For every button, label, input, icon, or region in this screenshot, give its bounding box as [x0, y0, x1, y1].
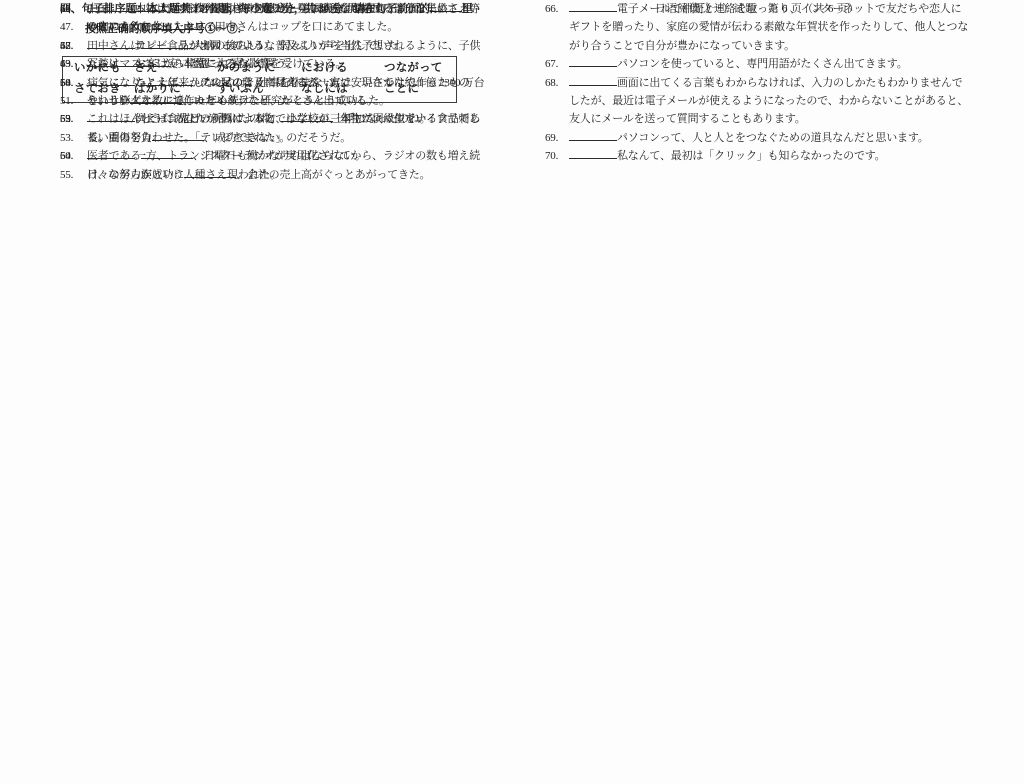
question-62: 62.コピー食品が出回っている。 — [60, 37, 488, 55]
answer-blank — [87, 147, 135, 159]
question-text: パソコンって、人と人とをつなぐための道具なんだと思います。 — [617, 132, 929, 144]
answer-blank — [569, 74, 617, 86]
page-6-footer: 日语阅读（一）试题 第 6 页（共 6 页） — [545, 0, 969, 16]
answer-blank — [87, 110, 135, 122]
question-number: 67. — [545, 55, 569, 73]
question-number: 65. — [60, 110, 87, 128]
answer-blank — [87, 74, 135, 86]
question-number: 69. — [545, 129, 569, 147]
question-69: 69.パソコンって、人と人とをつなぐための道具なんだと思います。 — [545, 129, 969, 147]
page-5-footer: 日语阅读（一）试题 第 5 页（共 6 页） — [75, 0, 503, 16]
question-text: パソコンを使っていると、専門用語がたくさん出てきます。 — [617, 58, 908, 70]
answer-blank — [87, 37, 135, 49]
scanned-exam-paper: いかにもさえかのようににおけるつながってさておきばかりにずいぶんなしにはことに … — [0, 0, 1024, 784]
question-text: 画面に出てくる言葉もわからなければ、入力のしかたもわかりませんでしたが、最近は電… — [569, 77, 968, 126]
question-60: 60.一方、トランジスターラジオが実用化されてから、ラジオの数も増え続け、ながら… — [60, 147, 488, 184]
answer-blank — [569, 129, 617, 141]
question-number: 62. — [60, 37, 87, 55]
question-text: たとえば、かにの足のように見えるが、実は安いさかなで作ったものや、サラダオイルで… — [87, 77, 470, 107]
question-68: 68.画面に出てくる言葉もわからなければ、入力のしかたもわかりませんでしたが、最… — [545, 74, 969, 129]
answer-blank — [87, 55, 135, 67]
ordering-questions-66-70: 66.電子メールで仲間と連絡を取ったり、インターネットで友だちや恋人にギフトを贈… — [545, 0, 969, 166]
question-number: 63. — [60, 55, 87, 73]
question-67: 67.パソコンを使っていると、専門用語がたくさん出てきます。 — [545, 55, 969, 73]
question-text: コピー食品が出回っている。 — [135, 40, 275, 52]
question-number: 68. — [545, 74, 569, 92]
question-text: コピー食品というのは、本物ではないが、本物によく似ている食品である。 — [87, 113, 480, 143]
question-text: お客は安いと思って喜んで買う。 — [135, 58, 297, 70]
question-70: 70.私なんて、最初は「クリック」も知らなかったのです。 — [545, 147, 969, 165]
question-number: 64. — [60, 74, 87, 92]
answer-blank — [569, 55, 617, 67]
question-63: 63.お客は安いと思って喜んで買う。 — [60, 55, 488, 73]
question-text: 私なんて、最初は「クリック」も知らなかったのです。 — [617, 150, 885, 162]
question-65: 65.コピー食品というのは、本物ではないが、本物によく似ている食品である。 — [60, 110, 488, 147]
answer-blank — [569, 147, 617, 159]
ordering-questions-61-65: 61.本物よりずっと安い材料を使ったり、普通なら捨てる部分を集めて上等の肉のよう… — [60, 0, 488, 147]
question-number: 60. — [60, 147, 87, 165]
question-64: 64.たとえば、かにの足のように見えるが、実は安いさかなで作ったものや、サラダオ… — [60, 74, 488, 111]
question-number: 70. — [545, 147, 569, 165]
question-text: 一方、トランジスターラジオが実用化されてから、ラジオの数も増え続け、ながら族とい… — [87, 150, 480, 180]
